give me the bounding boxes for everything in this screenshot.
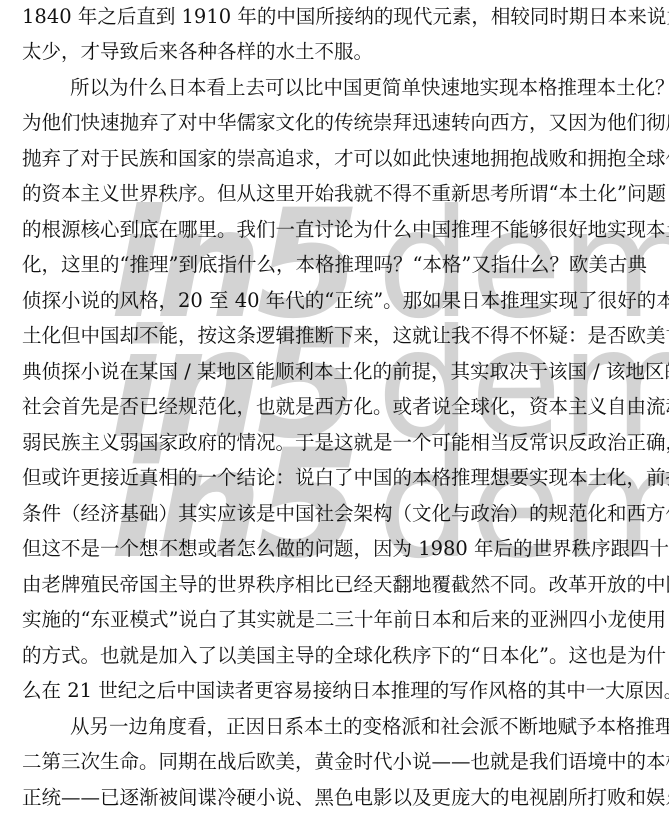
text-line: 的方式。也就是加入了以美国主导的全球化秩序下的“日本化”。这也是为什 [22,644,646,668]
text-line: 但这不是一个想不想或者怎么做的问题，因为 1980 年后的世界秩序跟四十年前 [22,537,646,561]
text-line: 二第三次生命。同期在战后欧美，黄金时代小说——也就是我们语境中的本格 [22,750,646,774]
text-line: 抛弃了对于民族和国家的崇高追求，才可以如此快速地拥抱战败和拥抱全球化 [22,147,646,171]
text-line: 但或许更接近真相的一个结论：说白了中国的本格推理想要实现本土化，前提 [22,466,646,490]
text-line: 条件（经济基础）其实应该是中国社会架构（文化与政治）的规范化和西方化。 [22,502,646,526]
text-line: 侦探小说的风格，20 至 40 年代的“正统”。那如果日本推理实现了很好的本 [22,289,646,313]
text-line: 从另一边角度看，正因日系本土的变格派和社会派不断地赋予本格推理第 [70,715,646,739]
text-line: 的资本主义世界秩序。但从这里开始我就不得不重新思考所谓“本土化”问题 [22,182,646,206]
document-page: in5demo in5demo in5demo 1840 年之后直到 1910 … [0,0,669,819]
text-line: 正统——已逐渐被间谍冷硬小说、黑色电影以及更庞大的电视剧所打败和娱乐 [22,786,646,810]
text-line: 实施的“东亚模式”说白了其实就是二三十年前日本和后来的亚洲四小龙使用 [22,608,646,632]
text-line: 化，这里的“推理”到底指什么，本格推理吗？“本格”又指什么？欧美古典 [22,253,646,277]
text-line: 社会首先是否已经规范化，也就是西方化。或者说全球化，资本主义自由流动， [22,395,646,419]
text-line: 1840 年之后直到 1910 年的中国所接纳的现代元素，相较同时期日本来说太少 [22,5,646,29]
text-line: 太少，才导致后来各种各样的水土不服。 [22,40,646,64]
text-line: 由老牌殖民帝国主导的世界秩序相比已经天翻地覆截然不同。改革开放的中国 [22,573,646,597]
text-line: 为他们快速抛弃了对中华儒家文化的传统崇拜迅速转向西方，又因为他们彻底 [22,111,646,135]
text-line: 么在 21 世纪之后中国读者更容易接纳日本推理的写作风格的其中一大原因。 [22,679,646,703]
text-line: 所以为什么日本看上去可以比中国更简单快速地实现本格推理本土化？因 [70,76,646,100]
text-line: 弱民族主义弱国家政府的情况。于是这就是一个可能相当反常识反政治正确， [22,431,646,455]
text-line: 典侦探小说在某国 / 某地区能顺利本土化的前提，其实取决于该国 / 该地区的 [22,360,646,384]
text-line: 土化但中国却不能，按这条逻辑推断下来，这就让我不得不怀疑：是否欧美古 [22,324,646,348]
text-line: 的根源核心到底在哪里。我们一直讨论为什么中国推理不能够很好地实现本土 [22,218,646,242]
